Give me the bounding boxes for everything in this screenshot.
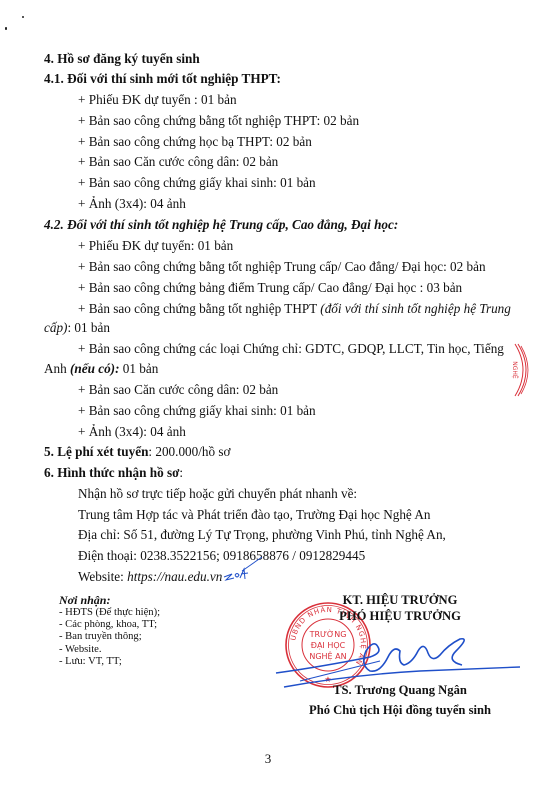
section-5-value: : 200.000/hồ sơ (148, 444, 230, 459)
list-item: + Phiếu ĐK dự tuyển: 01 bản (78, 238, 233, 254)
initials-mark-icon (222, 555, 264, 583)
list-item: + Bản sao công chứng bảng điểm Trung cấp… (78, 280, 462, 296)
list-item-text: 01 bản (119, 361, 158, 376)
section-4-1-heading: 4.1. Đối với thí sinh mới tốt nghiệp THP… (44, 71, 281, 87)
list-item-continuation: cấp): 01 bản (44, 320, 110, 336)
recipient-item: - HĐTS (Để thực hiện); (59, 607, 160, 619)
document-page: 4. Hồ sơ đăng ký tuyển sinh 4.1. Đối với… (0, 0, 536, 790)
list-item-continuation: Anh (nếu có): 01 bản (44, 361, 158, 377)
list-item: + Bản sao Căn cước công dân: 02 bản (78, 382, 278, 398)
handwritten-signature-icon (270, 625, 530, 695)
list-item-note: (nếu có): (70, 361, 119, 376)
section-5: 5. Lệ phí xét tuyển: 200.000/hồ sơ (44, 444, 230, 460)
website-label: Website: (78, 569, 127, 584)
signer-role: Phó Chủ tịch Hội đồng tuyển sinh (300, 702, 500, 718)
svg-text:NGHỆ: NGHỆ (511, 361, 519, 379)
list-item: + Bản sao công chứng học bạ THPT: 02 bản (78, 134, 312, 150)
section-6: 6. Hình thức nhận hồ sơ: (44, 465, 183, 481)
section-6-colon: : (179, 465, 183, 480)
page-number: 3 (0, 751, 536, 767)
scan-speck (5, 27, 7, 30)
list-item-text: Anh (44, 361, 70, 376)
list-item: + Bản sao công chứng bằng tốt nghiệp THP… (78, 301, 511, 317)
recipient-item: - Các phòng, khoa, TT; (59, 619, 160, 631)
section-6-label: 6. Hình thức nhận hồ sơ (44, 465, 179, 480)
list-item: + Ảnh (3x4): 04 ảnh (78, 196, 186, 212)
section-4-heading: 4. Hồ sơ đăng ký tuyển sinh (44, 51, 200, 67)
recipients-block: Nơi nhận: - HĐTS (Để thực hiện); - Các p… (59, 594, 160, 668)
list-item-text: + Bản sao công chứng bằng tốt nghiệp THP… (78, 301, 320, 316)
list-item: + Phiếu ĐK dự tuyển : 01 bản (78, 92, 237, 108)
list-item-note: cấp) (44, 320, 67, 335)
address-line: Địa chỉ: Số 51, đường Lý Tự Trọng, phườn… (78, 527, 446, 543)
section-4-2-heading: 4.2. Đối với thí sinh tốt nghiệp hệ Trun… (44, 217, 398, 233)
list-item-text: : 01 bản (67, 320, 110, 335)
section-6-line: Nhận hồ sơ trực tiếp hoặc gửi chuyển phá… (78, 486, 357, 502)
list-item: + Bản sao công chứng giấy khai sinh: 01 … (78, 403, 316, 419)
list-item: + Bản sao công chứng bằng tốt nghiệp Tru… (78, 259, 486, 275)
edge-stamp-icon: NGHỆ (505, 340, 535, 400)
section-6-line: Trung tâm Hợp tác và Phát triển đào tạo,… (78, 507, 430, 523)
website-link[interactable]: https://nau.edu.vn (127, 569, 222, 584)
section-5-label: 5. Lệ phí xét tuyển (44, 444, 148, 459)
list-item: + Bản sao công chứng bằng tốt nghiệp THP… (78, 113, 359, 129)
recipient-item: - Website. (59, 644, 160, 656)
website-line: Website: https://nau.edu.vn (78, 569, 222, 585)
signature-subtitle: PHÓ HIỆU TRƯỞNG (300, 608, 500, 624)
list-item: + Ảnh (3x4): 04 ảnh (78, 424, 186, 440)
signature-title: KT. HIỆU TRƯỞNG (300, 592, 500, 608)
list-item: + Bản sao Căn cước công dân: 02 bản (78, 154, 278, 170)
scan-speck (22, 16, 24, 18)
list-item-note: (đối với thí sinh tốt nghiệp hệ Trung (320, 301, 511, 316)
recipient-item: - Ban truyền thông; (59, 631, 160, 643)
list-item: + Bản sao công chứng các loại Chứng chỉ:… (78, 341, 504, 357)
list-item: + Bản sao công chứng giấy khai sinh: 01 … (78, 175, 316, 191)
recipients-title: Nơi nhận: (59, 594, 160, 607)
recipient-item: - Lưu: VT, TT; (59, 656, 160, 668)
